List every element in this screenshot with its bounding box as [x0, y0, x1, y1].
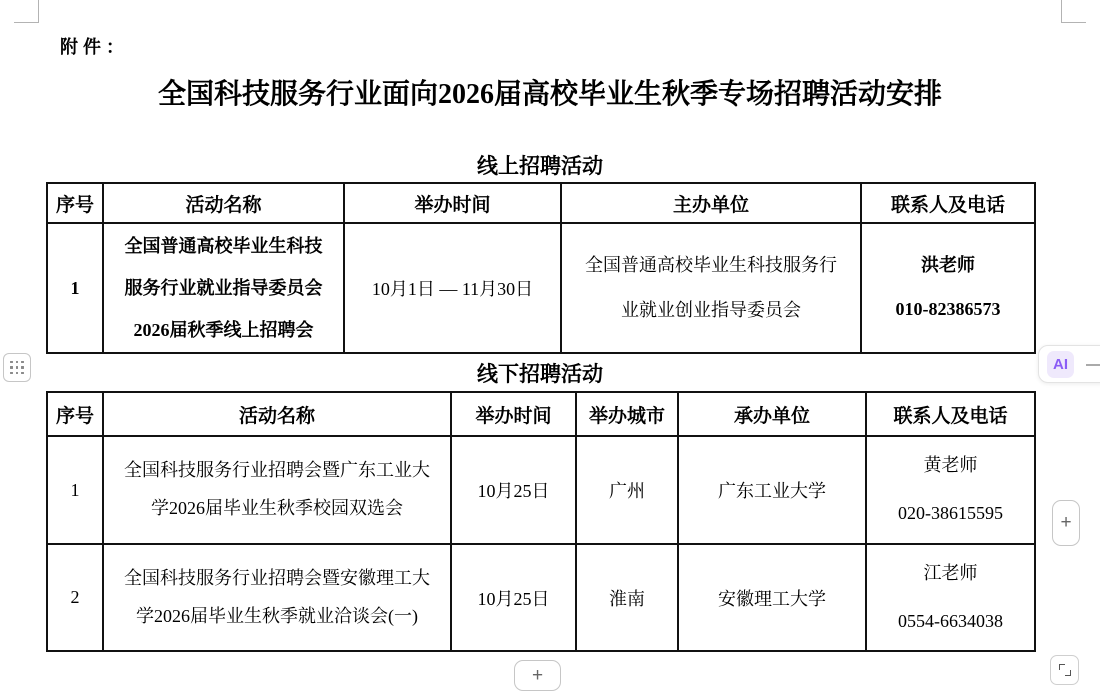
online-recruitment-table: 序号 活动名称 举办时间 主办单位 联系人及电话 1 全国普通高校毕业生科技服务… [46, 182, 1036, 354]
online-row1-organizer[interactable]: 全国普通高校毕业生科技服务行业就业创业指导委员会 [561, 223, 861, 353]
online-row1-name[interactable]: 全国普通高校毕业生科技服务行业就业指导委员会2026届秋季线上招聘会 [103, 223, 344, 353]
ai-assistant-button[interactable]: AI — [1038, 345, 1100, 383]
offline-row1-name[interactable]: 全国科技服务行业招聘会暨广东工业大学2026届毕业生秋季校园双选会 [103, 436, 451, 544]
add-column-button[interactable]: + [1052, 500, 1080, 546]
document-page: { "doc": { "attachment_label": "附件：", "t… [0, 0, 1100, 700]
online-table-header-row: 序号 活动名称 举办时间 主办单位 联系人及电话 [47, 183, 1035, 223]
contact-name: 洪老师 [862, 255, 1034, 277]
expand-table-button[interactable] [1050, 655, 1079, 685]
offline-row1-time[interactable]: 10月25日 [451, 436, 576, 544]
table-row: 1 全国普通高校毕业生科技服务行业就业指导委员会2026届秋季线上招聘会 10月… [47, 223, 1035, 353]
offline-table-header-row: 序号 活动名称 举办时间 举办城市 承办单位 联系人及电话 [47, 392, 1035, 436]
offline-header-index[interactable]: 序号 [47, 392, 103, 436]
online-header-time[interactable]: 举办时间 [344, 183, 561, 223]
offline-row2-city[interactable]: 淮南 [576, 544, 678, 651]
expand-corners-icon [1059, 664, 1071, 676]
online-header-contact[interactable]: 联系人及电话 [861, 183, 1035, 223]
offline-row2-organizer[interactable]: 安徽理工大学 [678, 544, 866, 651]
collapse-minus-icon[interactable]: — [1086, 356, 1100, 373]
table-row: 2 全国科技服务行业招聘会暨安徽理工大学2026届毕业生秋季就业洽谈会(一) 1… [47, 544, 1035, 651]
offline-row1-index[interactable]: 1 [47, 436, 103, 544]
add-row-button[interactable]: + [514, 660, 561, 691]
ai-icon[interactable]: AI [1047, 351, 1074, 378]
contact-name: 黄老师 [867, 455, 1034, 477]
offline-row2-contact[interactable]: 江老师 0554-6634038 [866, 544, 1035, 651]
contact-name: 江老师 [867, 563, 1034, 585]
table-row: 1 全国科技服务行业招聘会暨广东工业大学2026届毕业生秋季校园双选会 10月2… [47, 436, 1035, 544]
attachment-label[interactable]: 附件： [60, 33, 129, 59]
offline-row1-contact[interactable]: 黄老师 020-38615595 [866, 436, 1035, 544]
online-header-organizer[interactable]: 主办单位 [561, 183, 861, 223]
offline-row2-index[interactable]: 2 [47, 544, 103, 651]
offline-row1-organizer[interactable]: 广东工业大学 [678, 436, 866, 544]
online-row1-index[interactable]: 1 [47, 223, 103, 353]
offline-recruitment-table: 序号 活动名称 举办时间 举办城市 承办单位 联系人及电话 1 全国科技服务行业… [46, 391, 1036, 652]
offline-header-city[interactable]: 举办城市 [576, 392, 678, 436]
contact-phone: 020-38615595 [867, 503, 1034, 525]
online-row1-contact[interactable]: 洪老师 010-82386573 [861, 223, 1035, 353]
contact-phone: 010-82386573 [862, 299, 1034, 321]
page-corner-mark-top-left [14, 0, 39, 23]
offline-section-title[interactable]: 线下招聘活动 [46, 358, 1034, 388]
page-corner-mark-top-right [1061, 0, 1086, 23]
offline-row2-time[interactable]: 10月25日 [451, 544, 576, 651]
online-row1-time[interactable]: 10月1日 — 11月30日 [344, 223, 561, 353]
offline-header-contact[interactable]: 联系人及电话 [866, 392, 1035, 436]
offline-row2-name[interactable]: 全国科技服务行业招聘会暨安徽理工大学2026届毕业生秋季就业洽谈会(一) [103, 544, 451, 651]
offline-header-name[interactable]: 活动名称 [103, 392, 451, 436]
online-header-name[interactable]: 活动名称 [103, 183, 344, 223]
offline-row1-city[interactable]: 广州 [576, 436, 678, 544]
online-section-title[interactable]: 线上招聘活动 [46, 150, 1034, 180]
offline-header-time[interactable]: 举办时间 [451, 392, 576, 436]
document-title[interactable]: 全国科技服务行业面向2026届高校毕业生秋季专场招聘活动安排 [0, 72, 1100, 112]
drag-dots-icon [10, 361, 24, 375]
online-header-index[interactable]: 序号 [47, 183, 103, 223]
contact-phone: 0554-6634038 [867, 611, 1034, 633]
table-drag-handle-button[interactable] [3, 353, 31, 382]
offline-header-organizer[interactable]: 承办单位 [678, 392, 866, 436]
